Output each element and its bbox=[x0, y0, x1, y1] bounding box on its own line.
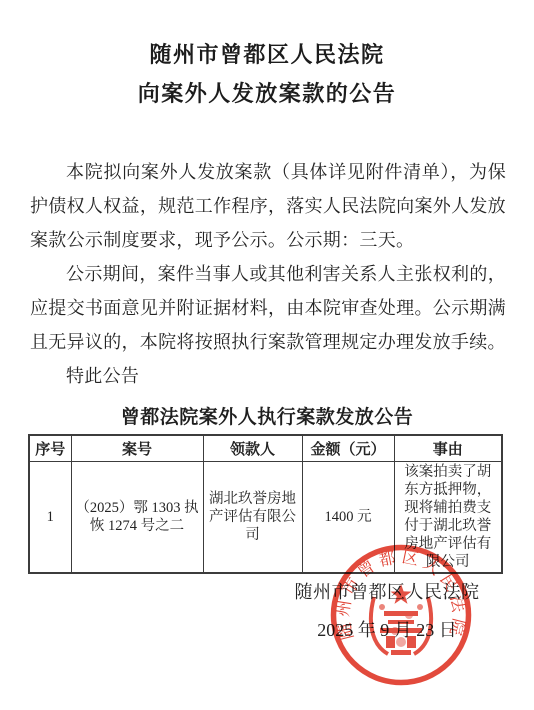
cell-case-number: （2025）鄂 1303 执恢 1274 号之二 bbox=[71, 462, 203, 574]
cell-reason: 该案拍卖了胡东方抵押物，现将辅拍费支付于湖北玖誉房地产评估有限公司 bbox=[394, 462, 502, 574]
paragraph-intro: 本院拟向案外人发放案款（具体详见附件清单），为保护债权人权益，规范工作程序，落实… bbox=[30, 155, 506, 257]
cell-index: 1 bbox=[29, 462, 71, 574]
signature-court-name: 随州市曾都区人民法院 bbox=[283, 581, 491, 603]
paragraph-closing: 特此公告 bbox=[30, 359, 506, 393]
table-header-row: 序号 案号 领款人 金额（元） 事由 bbox=[29, 435, 502, 462]
document-title-line2: 向案外人发放案款的公告 bbox=[0, 74, 534, 113]
case-funds-table: 序号 案号 领款人 金额（元） 事由 1 （2025）鄂 1303 执恢 127… bbox=[28, 434, 503, 574]
col-header-payee: 领款人 bbox=[203, 435, 302, 462]
document-title: 随州市曾都区人民法院 向案外人发放案款的公告 bbox=[0, 0, 534, 113]
signature-date: 2025 年 9 月 23 日 bbox=[283, 619, 491, 641]
col-header-amount: 金额（元） bbox=[302, 435, 394, 462]
cell-payee: 湖北玖誉房地产评估有限公司 bbox=[203, 462, 302, 574]
cell-amount: 1400 元 bbox=[302, 462, 394, 574]
col-header-case-number: 案号 bbox=[71, 435, 203, 462]
document-title-line1: 随州市曾都区人民法院 bbox=[0, 35, 534, 74]
col-header-reason: 事由 bbox=[394, 435, 502, 462]
table-row: 1 （2025）鄂 1303 执恢 1274 号之二 湖北玖誉房地产评估有限公司… bbox=[29, 462, 502, 574]
paragraph-objection: 公示期间，案件当事人或其他利害关系人主张权利的，应提交书面意见并附证据材料，由本… bbox=[30, 257, 506, 359]
signature-block: 随州市曾都区人民法院 2025 年 9 月 23 日 bbox=[283, 581, 491, 641]
table-title: 曾都法院案外人执行案款发放公告 bbox=[0, 402, 534, 429]
col-header-index: 序号 bbox=[29, 435, 71, 462]
document-page: 随州市曾都区人民法院 向案外人发放案款的公告 本院拟向案外人发放案款（具体详见附… bbox=[0, 0, 534, 710]
document-body: 本院拟向案外人发放案款（具体详见附件清单），为保护债权人权益，规范工作程序，落实… bbox=[30, 155, 506, 393]
